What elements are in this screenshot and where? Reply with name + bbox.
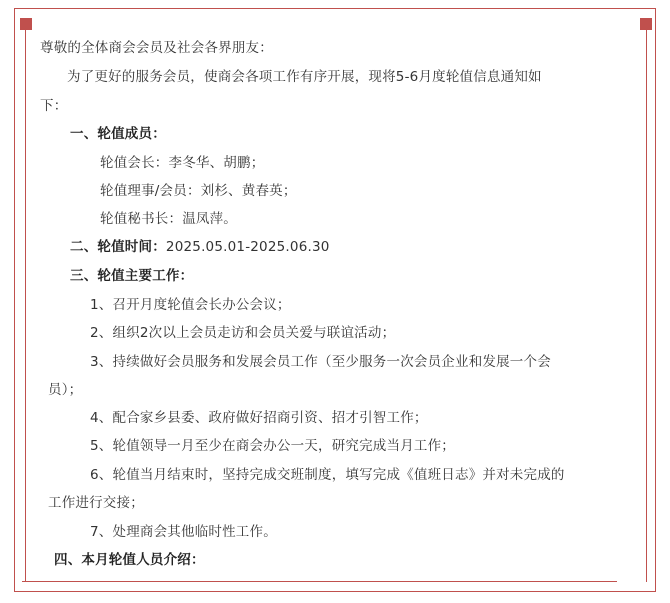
duty-item: 5、轮值领导一月至少在商会办公一天，研究完成当月工作；	[90, 434, 455, 454]
duty-item: 7、处理商会其他临时性工作。	[90, 520, 277, 540]
time-range: 2025.05.01-2025.06.30	[166, 239, 330, 255]
intro-text: 为了更好的服务会员，使商会各项工作有序开展，现将5-6月度轮值信息通知如	[67, 65, 542, 85]
duty-item: 6、轮值当月结束时，坚持完成交班制度，填写完成《值班日志》并对未完成的	[90, 463, 565, 483]
intro-text-cont: 下：	[40, 94, 67, 114]
duty-item: 4、配合家乡县委、政府做好招商引资、招才引智工作；	[90, 406, 428, 426]
section-heading-duties: 三、轮值主要工作：	[70, 264, 193, 284]
member-item: 轮值会长：李冬华、胡鹏；	[100, 151, 264, 171]
section-heading-time: 二、轮值时间：	[70, 239, 166, 255]
inner-line-left	[25, 30, 26, 582]
section-time: 二、轮值时间：2025.05.01-2025.06.30	[70, 235, 330, 255]
duty-item: 1、召开月度轮值会长办公会议；	[90, 293, 291, 313]
corner-square-left	[20, 18, 32, 30]
corner-square-right	[640, 18, 652, 30]
duty-item-cont: 工作进行交接；	[48, 491, 144, 511]
member-item: 轮值秘书长：温凤萍。	[100, 207, 237, 227]
duty-item-cont: 员）；	[48, 378, 82, 398]
inner-line-right	[646, 30, 647, 582]
section-heading-members: 一、轮值成员：	[70, 122, 166, 142]
duty-item: 3、持续做好会员服务和发展会员工作（至少服务一次会员企业和发展一个会	[90, 350, 551, 370]
duty-item: 2、组织2次以上会员走访和会员关爱与联谊活动；	[90, 321, 395, 341]
section-heading-intro: 四、本月轮值人员介绍：	[54, 548, 205, 568]
inner-line-bottom	[22, 581, 617, 582]
greeting: 尊敬的全体商会会员及社会各界朋友：	[40, 36, 273, 56]
member-item: 轮值理事/会员：刘杉、黄春英；	[100, 179, 297, 199]
